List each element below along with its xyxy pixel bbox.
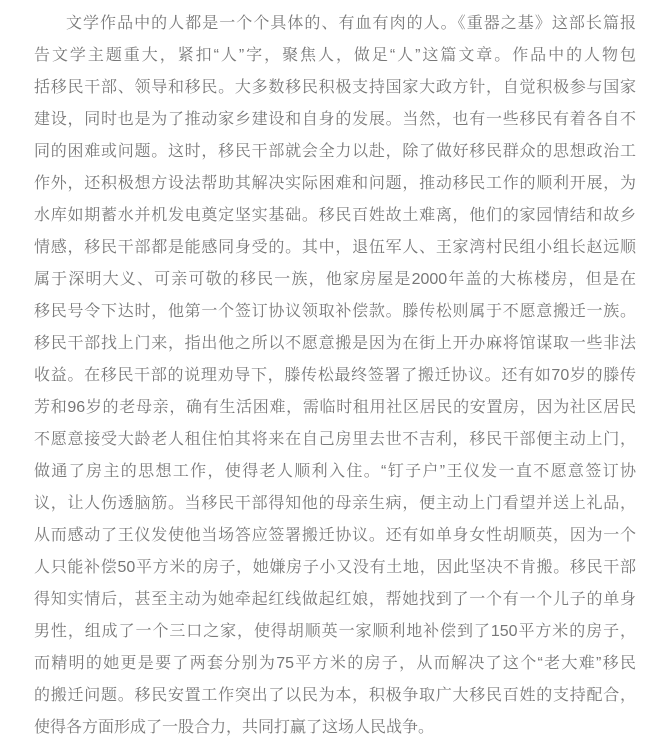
text-line: 的搬迁问题。移民安置工作突出了以民为本，积极争取广大移民百姓的支持配合， [34, 680, 636, 712]
text-line: 男性，组成了一个三口之家，使得胡顺英一家顺利地补偿到了150平方米的房子， [34, 616, 636, 648]
text-line: 水库如期蓄水并机发电奠定坚实基础。移民百姓故土难离，他们的家园情结和故乡 [34, 200, 636, 232]
text-line: 情感，移民干部都是能感同身受的。其中，退伍军人、王家湾村民组小组长赵远顺 [34, 232, 636, 264]
text-line: 收益。在移民干部的说理劝导下，滕传松最终签署了搬迁协议。还有如70岁的滕传 [34, 360, 636, 392]
text-line: 告文学主题重大，紧扣“人”字，聚焦人，做足“人”这篇文章。作品中的人物包 [34, 40, 636, 72]
text-line: 文学作品中的人都是一个个具体的、有血有肉的人。《重器之基》这部长篇报 [34, 8, 636, 40]
text-line: 议，让人伤透脑筋。当移民干部得知他的母亲生病，便主动上门看望并送上礼品， [34, 488, 636, 520]
text-line: 移民干部找上门来，指出他之所以不愿意搬是因为在街上开办麻将馆谋取一些非法 [34, 328, 636, 360]
document-page: 文学作品中的人都是一个个具体的、有血有肉的人。《重器之基》这部长篇报 告文学主题… [0, 0, 670, 753]
text-line: 括移民干部、领导和移民。大多数移民积极支持国家大政方针，自觉积极参与国家 [34, 72, 636, 104]
text-line: 得知实情后，甚至主动为她牵起红线做起红娘，帮她找到了一个有一个儿子的单身 [34, 584, 636, 616]
text-line: 使得各方面形成了一股合力，共同打赢了这场人民战争。 [34, 712, 636, 744]
text-line: 属于深明大义、可亲可敬的移民一族，他家房屋是2000年盖的大栋楼房，但是在 [34, 264, 636, 296]
text-line: 而精明的她更是要了两套分别为75平方米的房子，从而解决了这个“老大难”移民 [34, 648, 636, 680]
text-line: 人只能补偿50平方米的房子，她嫌房子小又没有土地，因此坚决不肯搬。移民干部 [34, 552, 636, 584]
text-line: 建设，同时也是为了推动家乡建设和自身的发展。当然，也有一些移民有着各自不 [34, 104, 636, 136]
text-line: 不愿意接受大龄老人租住怕其将来在自己房里去世不吉利，移民干部便主动上门， [34, 424, 636, 456]
text-line: 作外，还积极想方设法帮助其解决实际困难和问题，推动移民工作的顺利开展，为 [34, 168, 636, 200]
text-line: 芳和96岁的老母亲，确有生活困难，需临时租用社区居民的安置房，因为社区居民 [34, 392, 636, 424]
text-line: 同的困难或问题。这时，移民干部就会全力以赴，除了做好移民群众的思想政治工 [34, 136, 636, 168]
text-line: 从而感动了王仪发使他当场答应签署搬迁协议。还有如单身女性胡顺英，因为一个 [34, 520, 636, 552]
text-line: 移民号令下达时，他第一个签订协议领取补偿款。滕传松则属于不愿意搬迁一族。 [34, 296, 636, 328]
text-line: 做通了房主的思想工作，使得老人顺利入住。“钉子户”王仪发一直不愿意签订协 [34, 456, 636, 488]
